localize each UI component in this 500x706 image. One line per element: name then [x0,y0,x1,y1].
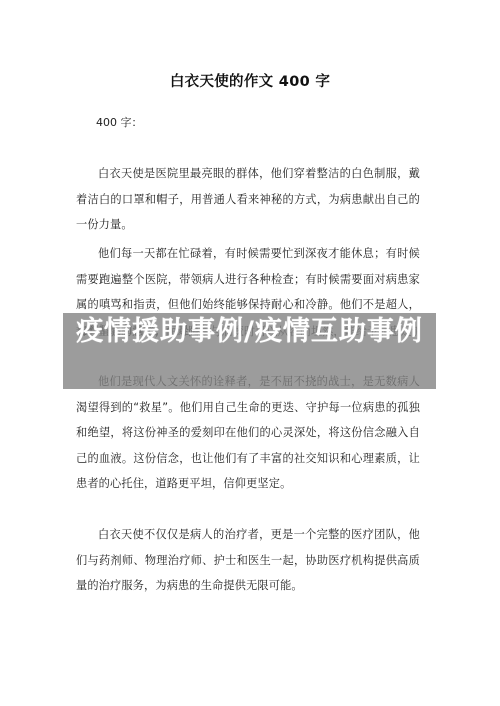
word-count-label: 400 字： [96,114,143,130]
overlay-title: 疫情援助事例/疫情互助事例 [63,313,436,348]
paragraph-1: 白衣天使是医院里最亮眼的群体，他们穿着整洁的白色制服，戴着洁白的口罩和帽子，用普… [76,161,420,238]
document-page: 白衣天使的作文 400 字 400 字： 白衣天使是医院里最亮眼的群体，他们穿着… [0,0,500,706]
document-title: 白衣天使的作文 400 字 [0,70,500,91]
paragraph-4: 白衣天使不仅仅是病人的治疗者，更是一个完整的医疗团队，他们与药剂师、物理治疗师、… [76,522,420,599]
